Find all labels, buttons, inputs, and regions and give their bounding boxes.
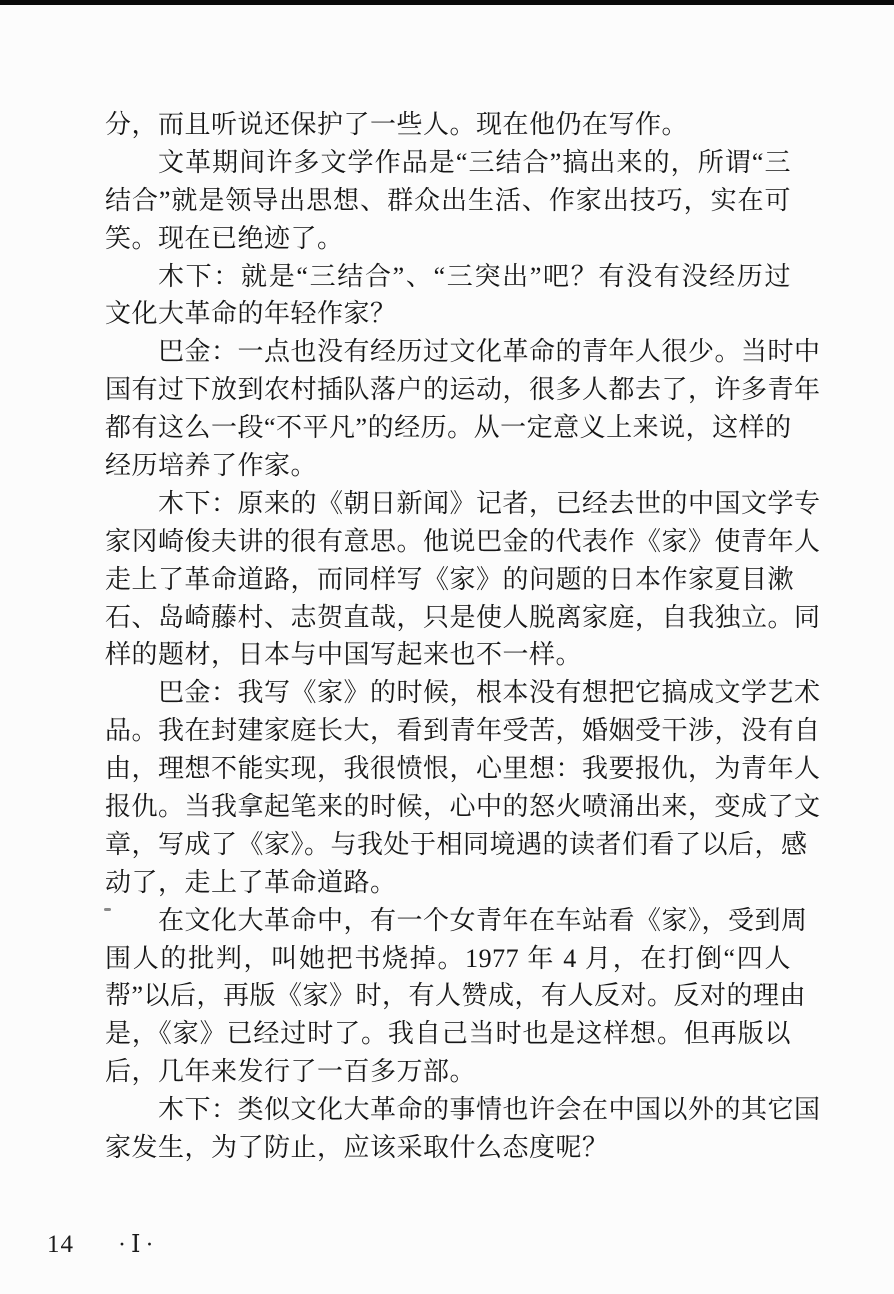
text-line: 都有这么一段“不平凡”的经历。从一定意义上来说，这样的: [105, 409, 791, 447]
text-line: 结合”就是领导出思想、群众出生活、作家出技巧，实在可: [105, 182, 791, 220]
text-line: 木下：类似文化大革命的事情也许会在中国以外的其它国: [105, 1091, 791, 1129]
book-page: 分，而且听说还保护了一些人。现在他仍在写作。文革期间许多文学作品是“三结合”搞出…: [0, 0, 894, 1294]
text-line: 动了，走上了革命道路。: [105, 864, 791, 902]
text-line: 报仇。当我拿起笔来的时候，心中的怒火喷涌出来，变成了文: [105, 788, 791, 826]
text-line: 在文化大革命中，有一个女青年在车站看《家》，受到周: [105, 902, 791, 940]
scan-edge-artifact: [0, 0, 894, 5]
text-line: 巴金：一点也没有经历过文化革命的青年人很少。当时中: [105, 333, 791, 371]
text-line: 石、岛崎藤村、志贺直哉，只是使人脱离家庭，自我独立。同: [105, 599, 791, 637]
text-line: 走上了革命道路，而同样写《家》的问题的日本作家夏目漱: [105, 561, 791, 599]
text-line: 后，几年来发行了一百多万部。: [105, 1053, 791, 1091]
text-line: 巴金：我写《家》的时候，根本没有想把它搞成文学艺术: [105, 674, 791, 712]
text-line: 品。我在封建家庭长大，看到青年受苦，婚姻受干涉，没有自: [105, 712, 791, 750]
text-line: 木下：就是“三结合”、“三突出”吧？有没有没经历过: [105, 258, 791, 296]
page-footer: 14 ·Ⅰ·: [47, 1230, 158, 1260]
text-line: 家发生，为了防止，应该采取什么态度呢？: [105, 1129, 791, 1167]
text-line: 是，《家》已经过时了。我自己当时也是这样想。但再版以: [105, 1015, 791, 1053]
text-line: 经历培养了作家。: [105, 447, 791, 485]
text-line: 木下：原来的《朝日新闻》记者，已经去世的中国文学专: [105, 485, 791, 523]
text-line: 分，而且听说还保护了一些人。现在他仍在写作。: [105, 106, 791, 144]
text-line: 围人的批判，叫她把书烧掉。1977 年 4 月，在打倒“四人: [105, 940, 791, 978]
text-line: 章，写成了《家》。与我处于相同境遇的读者们看了以后，感: [105, 826, 791, 864]
text-block: 分，而且听说还保护了一些人。现在他仍在写作。文革期间许多文学作品是“三结合”搞出…: [105, 106, 791, 1167]
text-line: 笑。现在已绝迹了。: [105, 220, 791, 258]
section-marker: ·Ⅰ·: [118, 1230, 158, 1260]
text-line: 文革期间许多文学作品是“三结合”搞出来的，所谓“三: [105, 144, 791, 182]
text-line: 国有过下放到农村插队落户的运动，很多人都去了，许多青年: [105, 371, 791, 409]
text-line: 样的题材，日本与中国写起来也不一样。: [105, 636, 791, 674]
text-line: 文化大革命的年轻作家？: [105, 295, 791, 333]
text-line: 家冈崎俊夫讲的很有意思。他说巴金的代表作《家》使青年人: [105, 523, 791, 561]
page-number: 14: [47, 1230, 74, 1260]
text-line: 帮”以后，再版《家》时，有人赞成，有人反对。反对的理由: [105, 977, 791, 1015]
text-line: 由，理想不能实现，我很愤恨，心里想：我要报仇，为青年人: [105, 750, 791, 788]
scan-speck-artifact: [104, 908, 111, 911]
